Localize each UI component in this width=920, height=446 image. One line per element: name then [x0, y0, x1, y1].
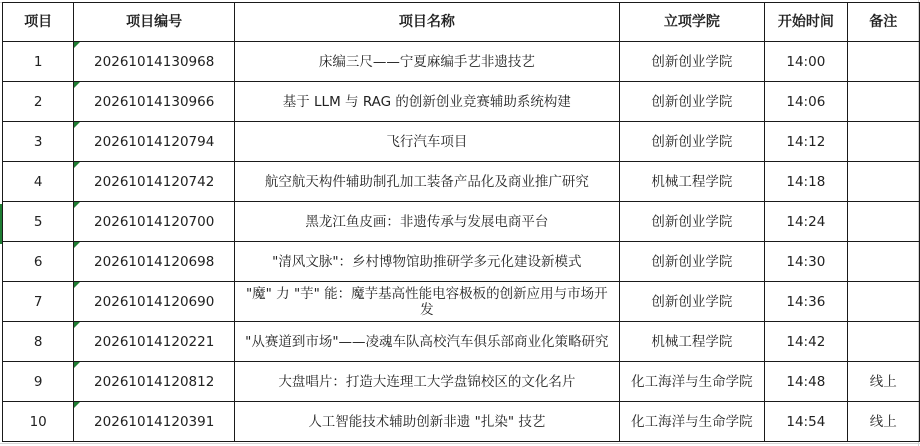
number-as-text-marker-icon: [74, 282, 80, 288]
cell-project-code-text: 20261014120742: [94, 174, 214, 190]
cell-college[interactable]: 化工海洋与生命学院: [619, 402, 764, 442]
cell-start-time[interactable]: 14:54: [765, 402, 848, 442]
cell-start-time[interactable]: 14:06: [765, 82, 848, 122]
table-row: 220261014130966基于 LLM 与 RAG 的创新创业竞赛辅助系统构…: [3, 82, 920, 122]
cell-project-name[interactable]: "从赛道到市场"——凌魂车队高校汽车俱乐部商业化策略研究: [234, 322, 619, 362]
cell-college[interactable]: 创新创业学院: [619, 202, 764, 242]
cell-index-text: 3: [34, 134, 43, 150]
cell-project-code[interactable]: 20261014120742: [74, 162, 235, 202]
cell-project-code-text: 20261014120700: [94, 214, 214, 230]
cell-college[interactable]: 创新创业学院: [619, 42, 764, 82]
cell-index[interactable]: 6: [3, 242, 74, 282]
cell-project-code-text: 20261014120391: [94, 414, 214, 430]
cell-project-code[interactable]: 20261014130966: [74, 82, 235, 122]
cell-college-text: 创新创业学院: [651, 54, 732, 70]
table-row: 620261014120698"清风文脉"：乡村博物馆助推研学多元化建设新模式创…: [3, 242, 920, 282]
cell-college[interactable]: 创新创业学院: [619, 282, 764, 322]
cell-index[interactable]: 3: [3, 122, 74, 162]
cell-project-name-text: 飞行汽车项目: [386, 134, 467, 150]
cell-start-time-text: 14:06: [786, 94, 825, 110]
table-row: 920261014120812大盘唱片：打造大连理工大学盘锦校区的文化名片化工海…: [3, 362, 920, 402]
cell-index-text: 10: [30, 414, 47, 430]
cell-start-time[interactable]: 14:30: [765, 242, 848, 282]
cell-project-code[interactable]: 20261014120812: [74, 362, 235, 402]
cell-project-name-text: 床编三尺——宁夏麻编手艺非遗技艺: [319, 54, 535, 70]
cell-project-code-text: 20261014120812: [94, 374, 214, 390]
cell-college-text: 机械工程学院: [651, 174, 732, 190]
cell-index-text: 1: [34, 54, 43, 70]
cell-index[interactable]: 4: [3, 162, 74, 202]
cell-college[interactable]: 化工海洋与生命学院: [619, 362, 764, 402]
cell-college[interactable]: 机械工程学院: [619, 162, 764, 202]
cell-start-time[interactable]: 14:00: [765, 42, 848, 82]
cell-project-code-text: 20261014130968: [94, 54, 214, 70]
cell-college[interactable]: 创新创业学院: [619, 122, 764, 162]
cell-index[interactable]: 9: [3, 362, 74, 402]
cell-project-code[interactable]: 20261014120794: [74, 122, 235, 162]
cell-project-code[interactable]: 20261014130968: [74, 42, 235, 82]
cell-project-code[interactable]: 20261014120698: [74, 242, 235, 282]
cell-project-name[interactable]: "清风文脉"：乡村博物馆助推研学多元化建设新模式: [234, 242, 619, 282]
cell-start-time-text: 14:18: [786, 174, 825, 190]
cell-note-text: 线上: [870, 374, 897, 390]
cell-index[interactable]: 5: [3, 202, 74, 242]
cell-note[interactable]: [847, 322, 919, 362]
cell-start-time[interactable]: 14:42: [765, 322, 848, 362]
number-as-text-marker-icon: [74, 402, 80, 408]
cell-project-name[interactable]: 基于 LLM 与 RAG 的创新创业竞赛辅助系统构建: [234, 82, 619, 122]
table-row: 720261014120690"魔" 力 "芋" 能：魔芋基高性能电容极板的创新…: [3, 282, 920, 322]
cell-project-name-text: 航空航天构件辅助制孔加工装备产品化及商业推广研究: [265, 174, 589, 190]
cell-project-name-text: "魔" 力 "芋" 能：魔芋基高性能电容极板的创新应用与市场开发: [246, 286, 608, 318]
cell-index[interactable]: 10: [3, 402, 74, 442]
number-as-text-marker-icon: [74, 122, 80, 128]
number-as-text-marker-icon: [74, 42, 80, 48]
header-index[interactable]: 项目: [3, 3, 74, 42]
cell-index[interactable]: 7: [3, 282, 74, 322]
cell-college-text: 创新创业学院: [651, 214, 732, 230]
cell-college[interactable]: 创新创业学院: [619, 242, 764, 282]
cell-index-text: 8: [34, 334, 43, 350]
table-row: 1020261014120391人工智能技术辅助创新非遗 "扎染" 技艺化工海洋…: [3, 402, 920, 442]
number-as-text-marker-icon: [74, 162, 80, 168]
cell-start-time[interactable]: 14:12: [765, 122, 848, 162]
cell-project-code[interactable]: 20261014120391: [74, 402, 235, 442]
cell-start-time-text: 14:12: [786, 134, 825, 150]
cell-college-text: 创新创业学院: [651, 254, 732, 270]
cell-project-name[interactable]: 大盘唱片：打造大连理工大学盘锦校区的文化名片: [234, 362, 619, 402]
cell-note[interactable]: [847, 162, 919, 202]
header-note[interactable]: 备注: [847, 3, 919, 42]
table-row: 420261014120742航空航天构件辅助制孔加工装备产品化及商业推广研究机…: [3, 162, 920, 202]
spreadsheet: 项目 项目编号 项目名称 立项学院 开始时间 备注 12026101413096…: [0, 0, 920, 446]
cell-project-name[interactable]: 航空航天构件辅助制孔加工装备产品化及商业推广研究: [234, 162, 619, 202]
cell-start-time[interactable]: 14:36: [765, 282, 848, 322]
header-project-code[interactable]: 项目编号: [74, 3, 235, 42]
number-as-text-marker-icon: [74, 242, 80, 248]
cell-project-code-text: 20261014120698: [94, 254, 214, 270]
cell-note[interactable]: [847, 122, 919, 162]
header-college[interactable]: 立项学院: [619, 3, 764, 42]
number-as-text-marker-icon: [74, 82, 80, 88]
cell-note[interactable]: [847, 42, 919, 82]
cell-index[interactable]: 1: [3, 42, 74, 82]
cell-note-text: 线上: [870, 414, 897, 430]
cell-project-name-text: 大盘唱片：打造大连理工大学盘锦校区的文化名片: [278, 374, 575, 390]
header-project-name[interactable]: 项目名称: [234, 3, 619, 42]
cell-project-code-text: 20261014120794: [94, 134, 214, 150]
cell-college[interactable]: 创新创业学院: [619, 82, 764, 122]
cell-project-name-text: "从赛道到市场"——凌魂车队高校汽车俱乐部商业化策略研究: [245, 334, 608, 350]
project-schedule-table: 项目 项目编号 项目名称 立项学院 开始时间 备注 12026101413096…: [2, 2, 920, 442]
cell-college-text: 创新创业学院: [651, 294, 732, 310]
number-as-text-marker-icon: [74, 362, 80, 368]
cell-project-code[interactable]: 20261014120690: [74, 282, 235, 322]
cell-start-time-text: 14:24: [786, 214, 825, 230]
cell-note[interactable]: [847, 282, 919, 322]
cell-college-text: 化工海洋与生命学院: [631, 414, 753, 430]
cell-project-name-text: 基于 LLM 与 RAG 的创新创业竞赛辅助系统构建: [283, 94, 571, 110]
cell-project-name[interactable]: "魔" 力 "芋" 能：魔芋基高性能电容极板的创新应用与市场开发: [234, 282, 619, 322]
cell-project-code-text: 20261014120690: [94, 294, 214, 310]
cell-index-text: 9: [34, 374, 43, 390]
cell-project-name[interactable]: 黑龙江鱼皮画：非遗传承与发展电商平台: [234, 202, 619, 242]
cell-project-code[interactable]: 20261014120221: [74, 322, 235, 362]
cell-project-code-text: 20261014130966: [94, 94, 214, 110]
cell-note[interactable]: [847, 82, 919, 122]
cell-start-time-text: 14:00: [786, 54, 825, 70]
cell-start-time-text: 14:36: [786, 294, 825, 310]
cell-project-name[interactable]: 床编三尺——宁夏麻编手艺非遗技艺: [234, 42, 619, 82]
number-as-text-marker-icon: [74, 322, 80, 328]
cell-college-text: 创新创业学院: [651, 134, 732, 150]
table-row: 120261014130968床编三尺——宁夏麻编手艺非遗技艺创新创业学院14:…: [3, 42, 920, 82]
table-row: 520261014120700黑龙江鱼皮画：非遗传承与发展电商平台创新创业学院1…: [3, 202, 920, 242]
cell-index[interactable]: 8: [3, 322, 74, 362]
table-row: 320261014120794飞行汽车项目创新创业学院14:12: [3, 122, 920, 162]
cell-note[interactable]: [847, 202, 919, 242]
cell-index[interactable]: 2: [3, 82, 74, 122]
cell-start-time[interactable]: 14:24: [765, 202, 848, 242]
cell-index-text: 5: [34, 214, 43, 230]
cell-start-time-text: 14:30: [786, 254, 825, 270]
cell-project-name[interactable]: 人工智能技术辅助创新非遗 "扎染" 技艺: [234, 402, 619, 442]
cell-index-text: 2: [34, 94, 43, 110]
cell-note[interactable]: 线上: [847, 362, 919, 402]
cell-start-time-text: 14:42: [786, 334, 825, 350]
cell-college-text: 机械工程学院: [651, 334, 732, 350]
cell-project-name-text: 人工智能技术辅助创新非遗 "扎染" 技艺: [308, 414, 545, 430]
cell-college-text: 化工海洋与生命学院: [631, 374, 753, 390]
cell-project-code[interactable]: 20261014120700: [74, 202, 235, 242]
cell-index-text: 4: [34, 174, 43, 190]
header-start-time[interactable]: 开始时间: [765, 3, 848, 42]
table-row: 820261014120221"从赛道到市场"——凌魂车队高校汽车俱乐部商业化策…: [3, 322, 920, 362]
cell-project-code-text: 20261014120221: [94, 334, 214, 350]
cell-start-time-text: 14:54: [786, 414, 825, 430]
cell-college-text: 创新创业学院: [651, 94, 732, 110]
header-row: 项目 项目编号 项目名称 立项学院 开始时间 备注: [3, 3, 920, 42]
cell-start-time[interactable]: 14:48: [765, 362, 848, 402]
cell-index-text: 6: [34, 254, 43, 270]
cell-project-name[interactable]: 飞行汽车项目: [234, 122, 619, 162]
cell-index-text: 7: [34, 294, 43, 310]
cell-project-name-text: "清风文脉"：乡村博物馆助推研学多元化建设新模式: [272, 254, 581, 270]
number-as-text-marker-icon: [74, 202, 80, 208]
cell-project-name-text: 黑龙江鱼皮画：非遗传承与发展电商平台: [305, 214, 548, 230]
cell-note[interactable]: [847, 242, 919, 282]
cell-note[interactable]: 线上: [847, 402, 919, 442]
cell-start-time-text: 14:48: [786, 374, 825, 390]
cell-start-time[interactable]: 14:18: [765, 162, 848, 202]
cell-college[interactable]: 机械工程学院: [619, 322, 764, 362]
